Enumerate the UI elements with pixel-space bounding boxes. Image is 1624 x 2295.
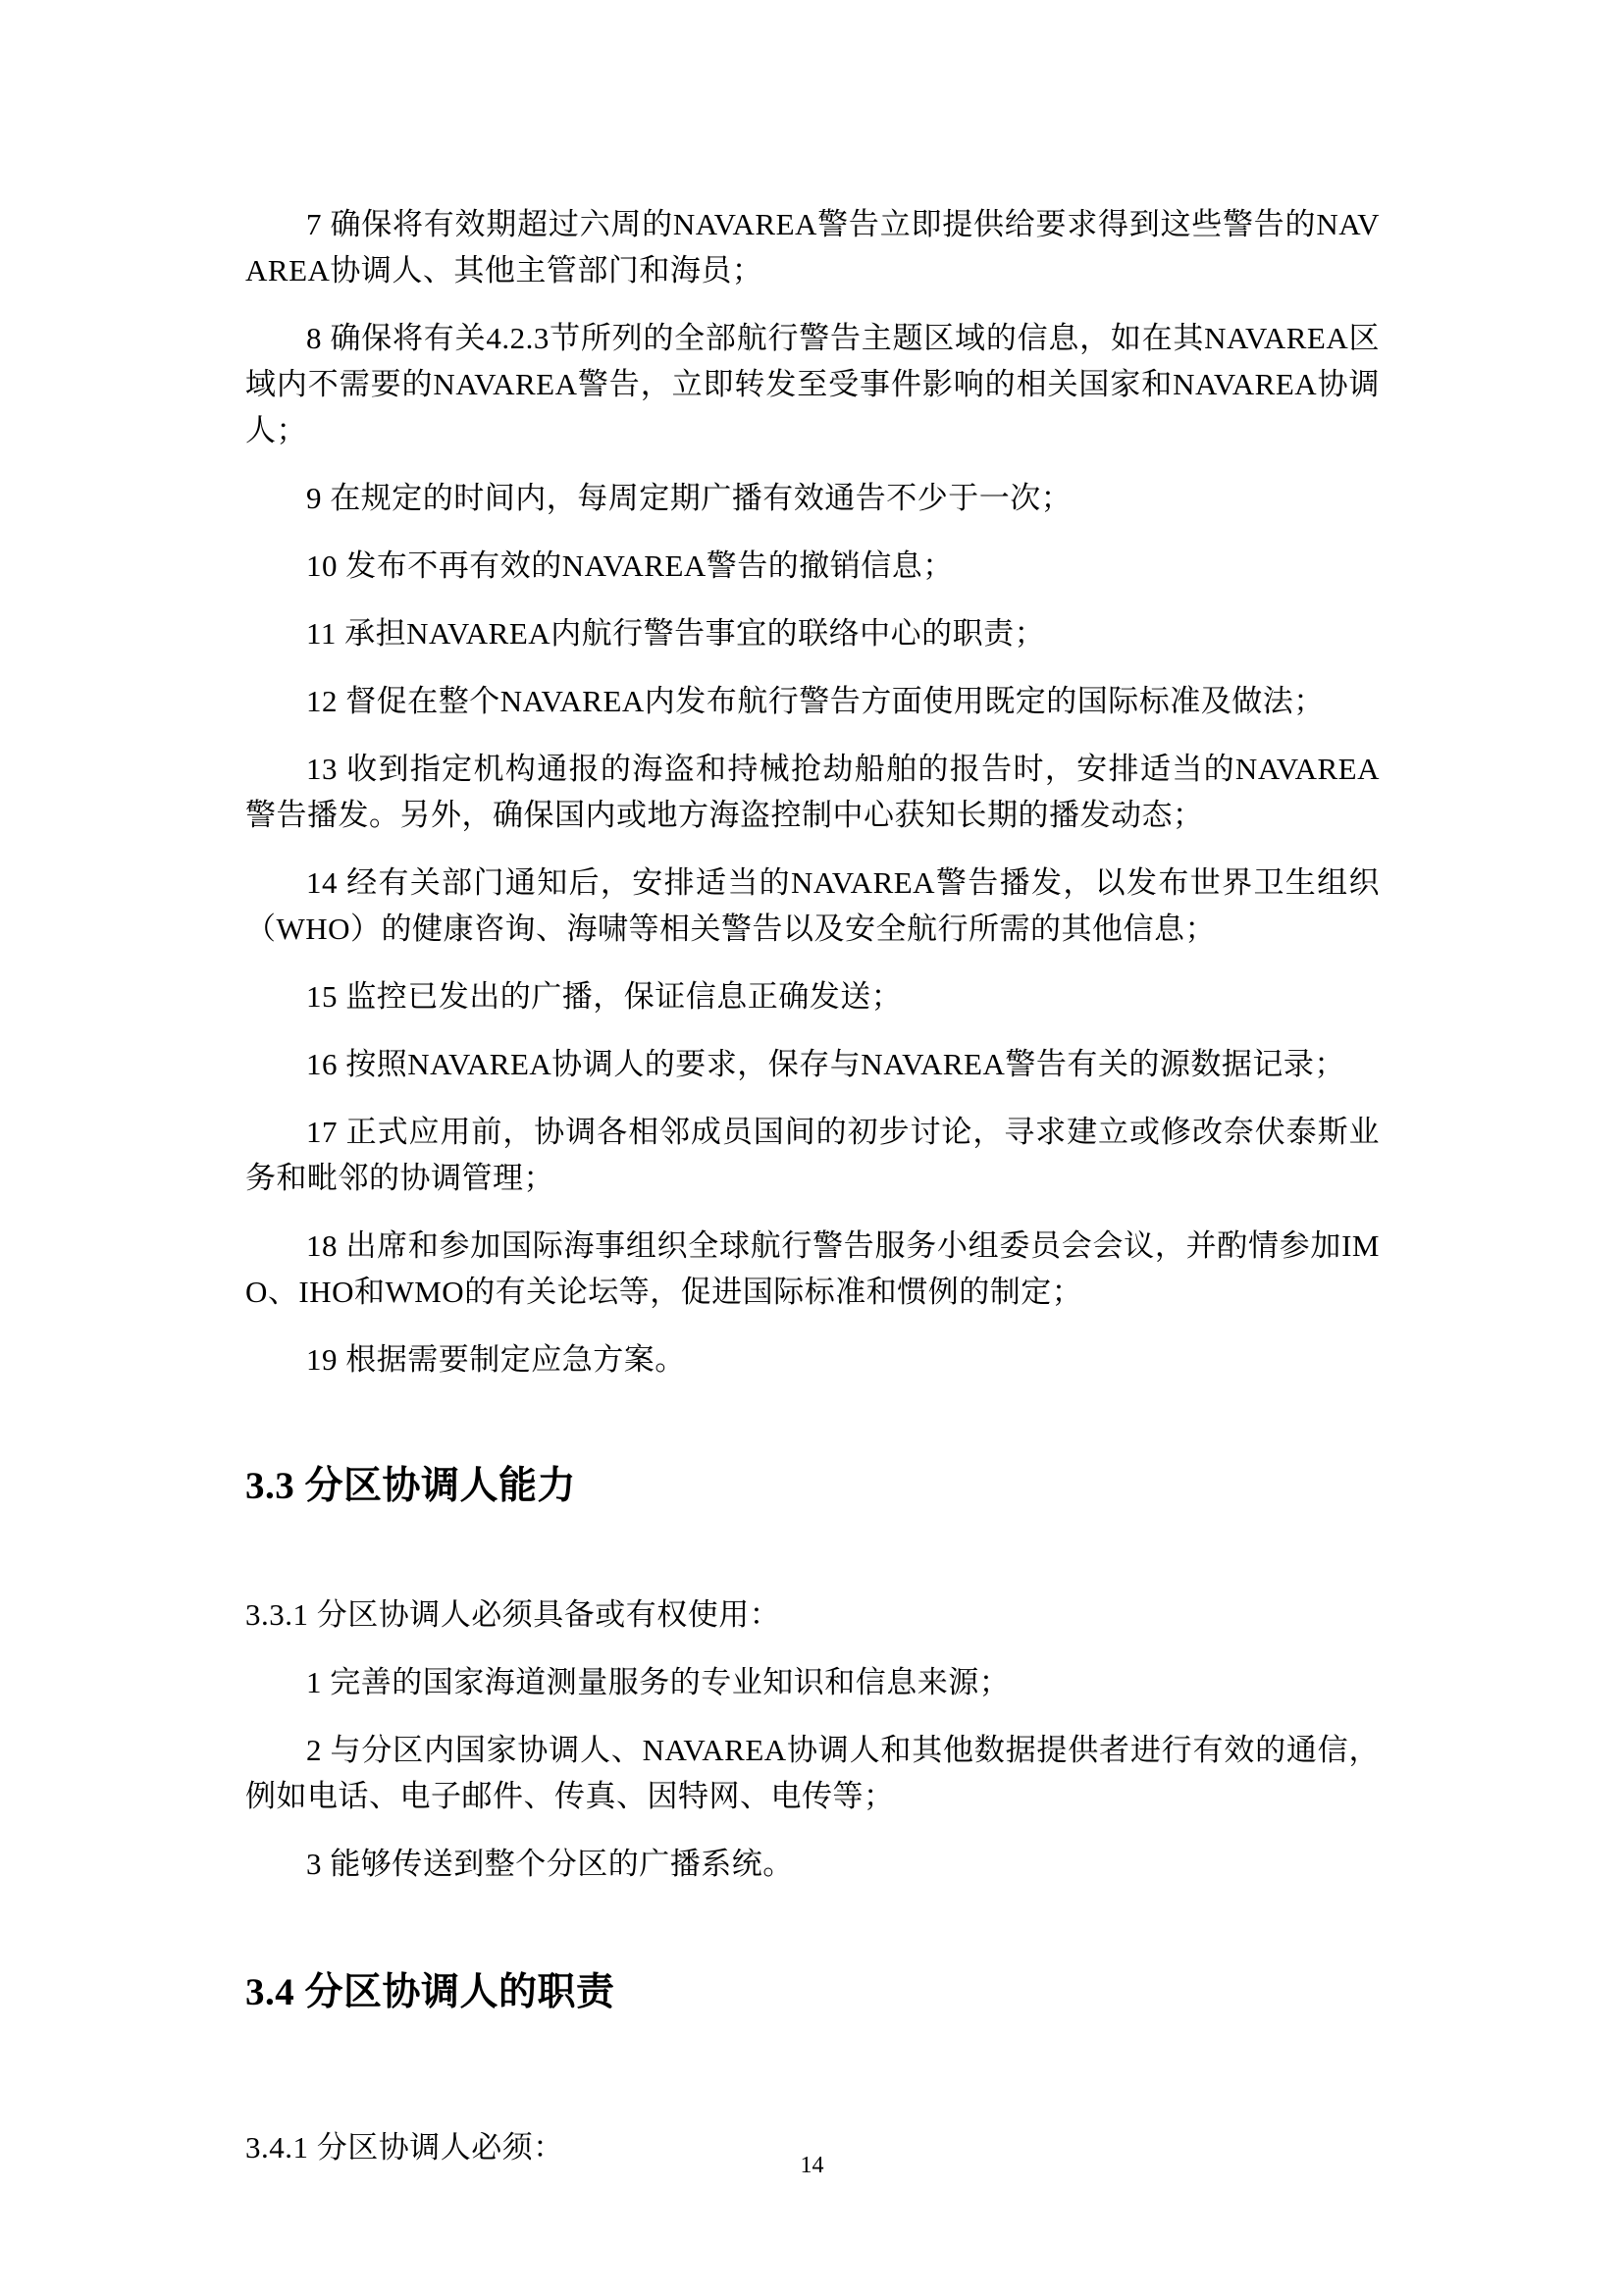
numbered-paragraph-8: 8 确保将有关4.2.3节所列的全部航行警告主题区域的信息，如在其NAVAREA… [245,315,1380,453]
numbered-paragraph-14: 14 经有关部门通知后，安排适当的NAVAREA警告播发，以发布世界卫生组织（W… [245,860,1380,952]
text-block: 7 确保将有效期超过六周的NAVAREA警告立即提供给要求得到这些警告的NAVA… [245,201,1380,2170]
numbered-paragraph-9: 9 在规定的时间内，每周定期广播有效通告不少于一次； [245,475,1380,521]
paragraph-3-3-1: 3.3.1 分区协调人必须具备或有权使用： [245,1591,1380,1638]
numbered-paragraph-7: 7 确保将有效期超过六周的NAVAREA警告立即提供给要求得到这些警告的NAVA… [245,201,1380,293]
numbered-paragraph-18: 18 出席和参加国际海事组织全球航行警告服务小组委员会会议，并酌情参加IMO、I… [245,1223,1380,1315]
numbered-paragraph-16: 16 按照NAVAREA协调人的要求，保存与NAVAREA警告有关的源数据记录； [245,1041,1380,1087]
numbered-paragraph-17: 17 正式应用前，协调各相邻成员国间的初步讨论，寻求建立或修改奈伏泰斯业务和毗邻… [245,1109,1380,1201]
numbered-paragraph-15: 15 监控已发出的广播，保证信息正确发送； [245,973,1380,1019]
list-item-3-3-1-2: 2 与分区内国家协调人、NAVAREA协调人和其他数据提供者进行有效的通信，例如… [245,1727,1380,1819]
numbered-paragraph-11: 11 承担NAVAREA内航行警告事宜的联络中心的职责； [245,610,1380,656]
page-number: 14 [0,2151,1624,2180]
section-heading-3-4: 3.4 分区协调人的职责 [245,1965,1380,2020]
list-item-3-3-1-3: 3 能够传送到整个分区的广播系统。 [245,1841,1380,1887]
numbered-paragraph-19: 19 根据需要制定应急方案。 [245,1336,1380,1382]
document-page: 7 确保将有效期超过六周的NAVAREA警告立即提供给要求得到这些警告的NAVA… [0,0,1624,2295]
section-heading-3-3: 3.3 分区协调人能力 [245,1459,1380,1514]
numbered-paragraph-12: 12 督促在整个NAVAREA内发布航行警告方面使用既定的国际标准及做法； [245,678,1380,724]
numbered-paragraph-13: 13 收到指定机构通报的海盗和持械抢劫船舶的报告时，安排适当的NAVAREA警告… [245,746,1380,838]
numbered-paragraph-10: 10 发布不再有效的NAVAREA警告的撤销信息； [245,543,1380,589]
list-item-3-3-1-1: 1 完善的国家海道测量服务的专业知识和信息来源； [245,1659,1380,1705]
